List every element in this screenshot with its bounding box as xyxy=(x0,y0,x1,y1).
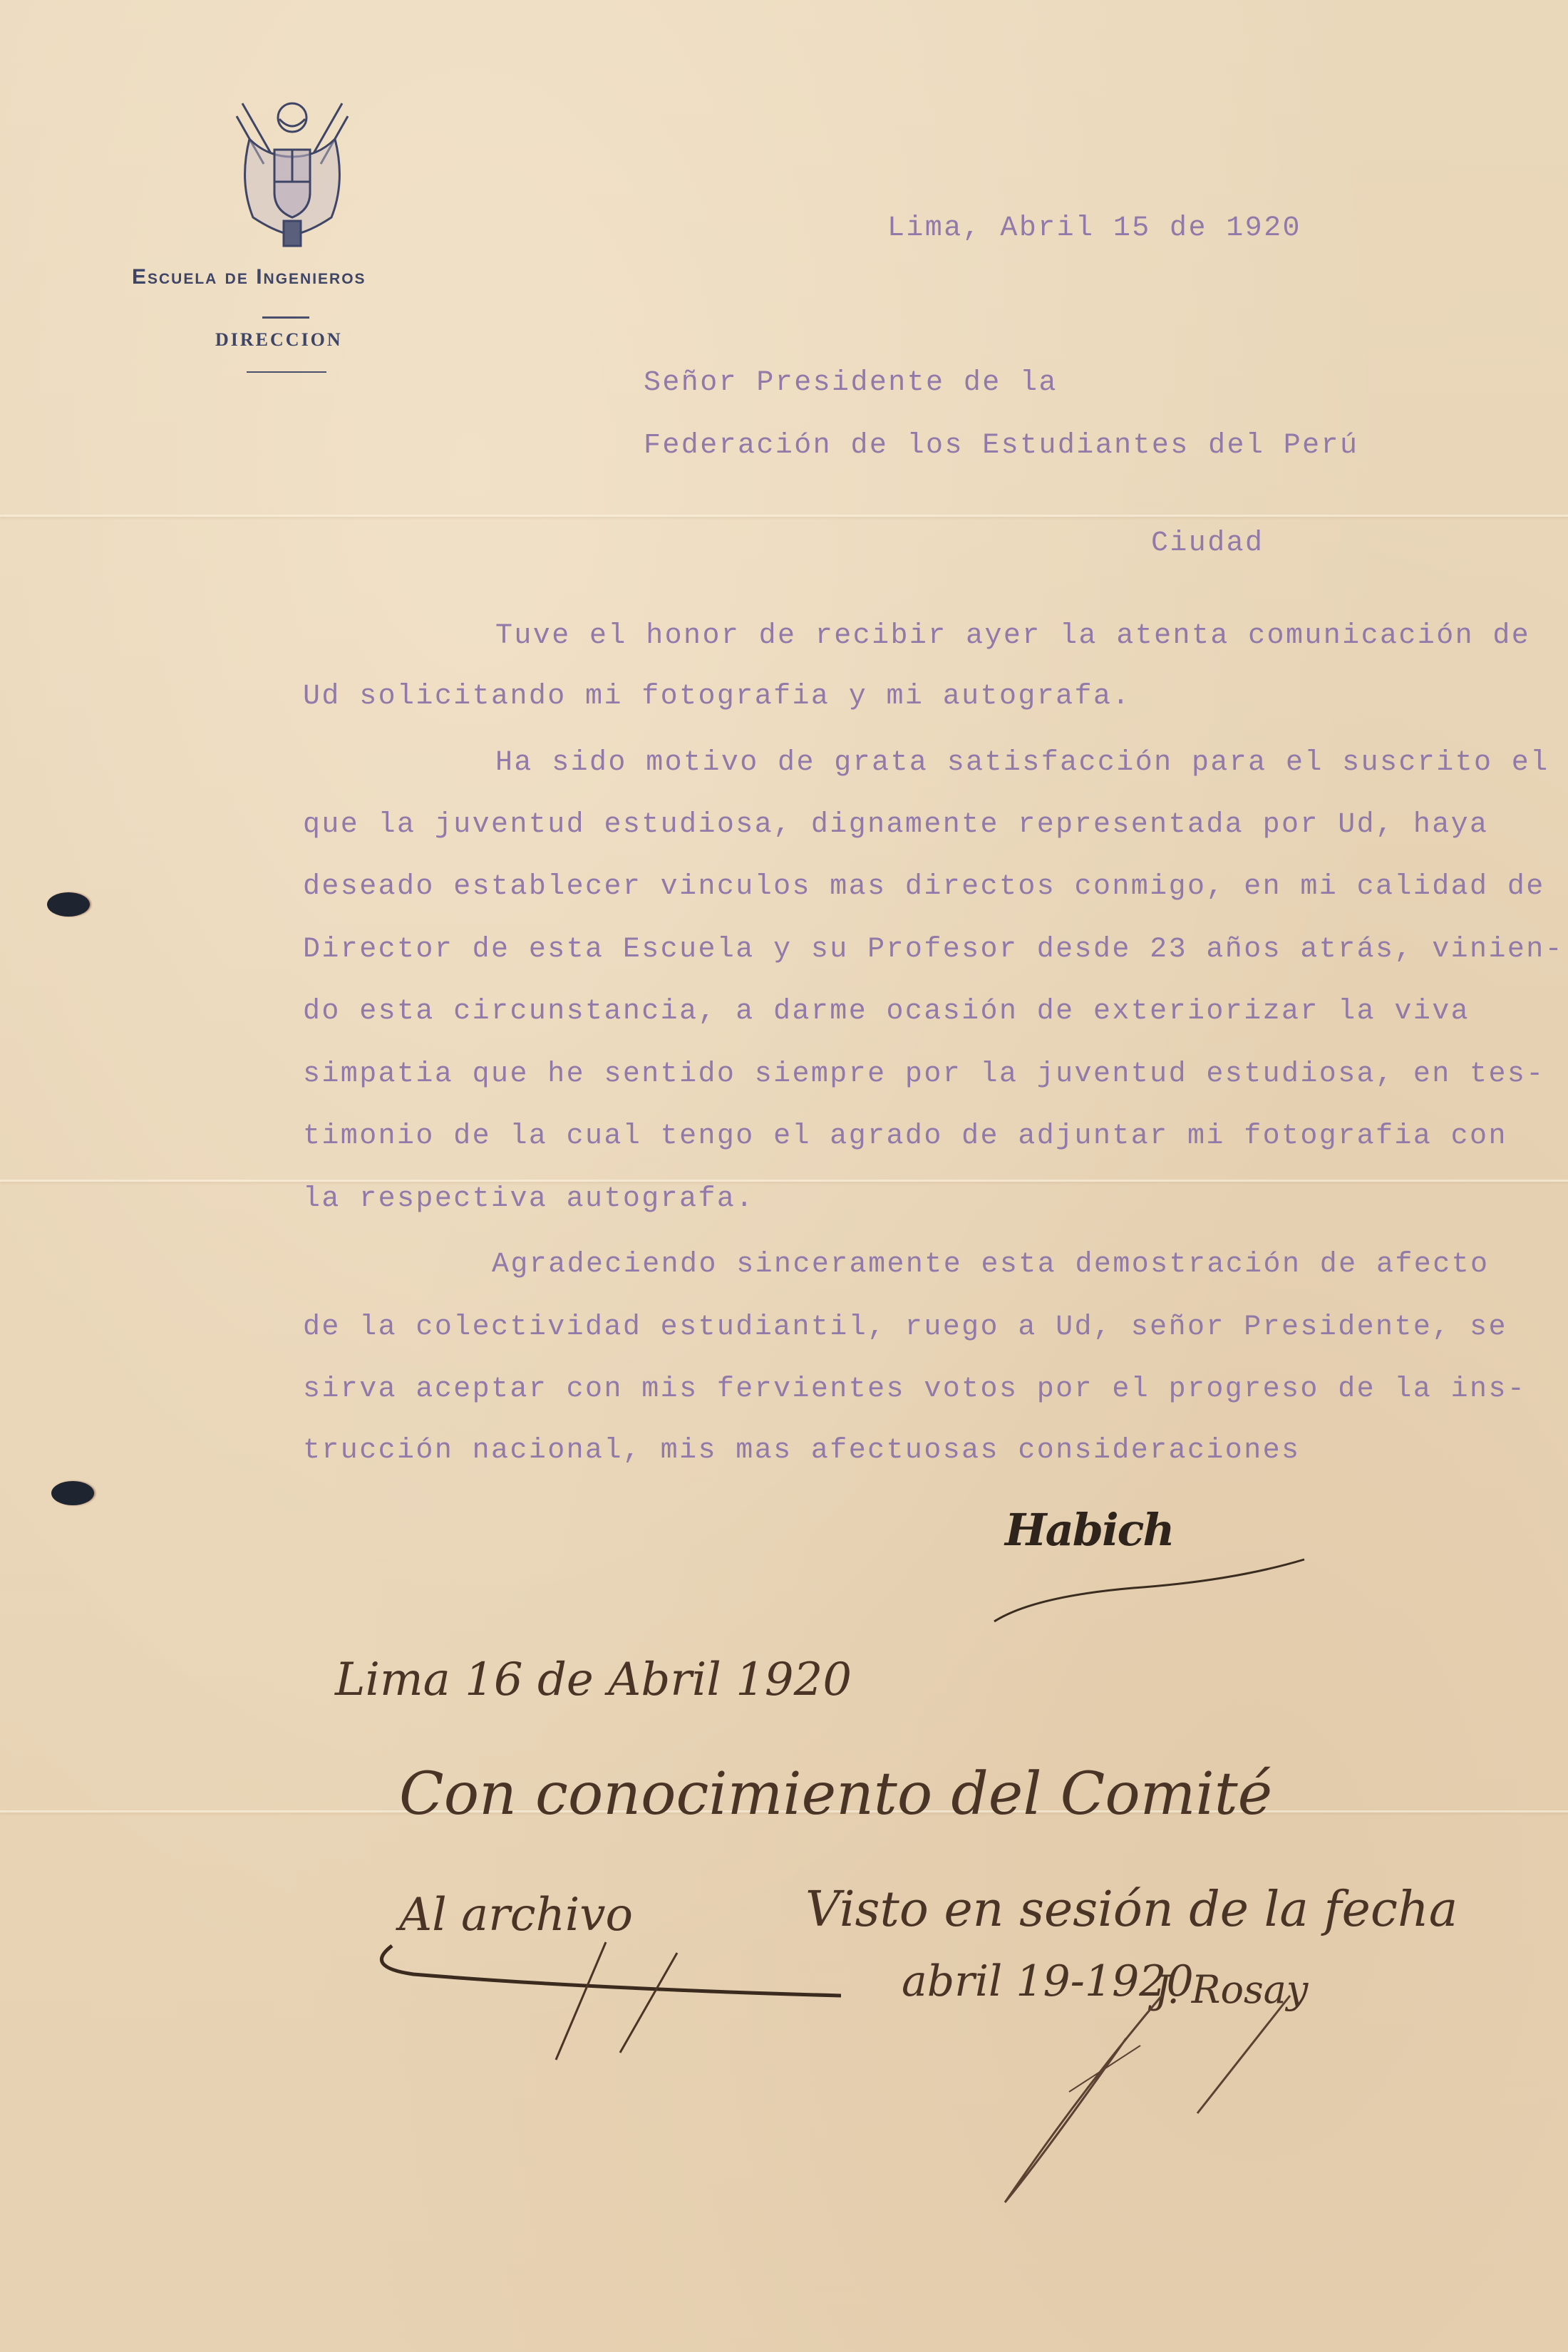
signature-flourish-icon xyxy=(991,1554,1319,1625)
body-line: trucción nacional, mis mas afectuosas co… xyxy=(303,1435,1300,1467)
addressee-line-2: Federación de los Estudiantes del Perú xyxy=(644,430,1358,462)
body-line: Tuve el honor de recibir ayer la atenta … xyxy=(495,620,1530,652)
body-line: que la juventud estudiosa, dignamente re… xyxy=(303,809,1488,841)
addressee-line-1: Señor Presidente de la xyxy=(644,367,1058,399)
body-line: la respectiva autografa. xyxy=(303,1183,755,1215)
handwritten-note-line-1: Con conocimiento del Comité xyxy=(399,1760,1272,1828)
punch-hole xyxy=(47,892,90,917)
punch-hole xyxy=(51,1481,94,1505)
initials-flourish-icon xyxy=(998,1981,1319,2224)
department-name: DIRECCION xyxy=(215,329,343,351)
fold-line xyxy=(0,515,1568,517)
handwritten-date: Lima 16 de Abril 1920 xyxy=(335,1654,852,1706)
body-line: de la colectividad estudiantil, ruego a … xyxy=(303,1311,1507,1343)
coat-of-arms-icon xyxy=(221,96,363,249)
signature-text: Habich xyxy=(1005,1504,1173,1556)
fold-line xyxy=(0,1180,1568,1182)
body-line: Ha sido motivo de grata satisfacción par… xyxy=(495,747,1549,779)
ornament-divider xyxy=(247,371,326,373)
body-line: deseado establecer vinculos mas directos… xyxy=(303,871,1545,903)
letter-date: Lima, Abril 15 de 1920 xyxy=(887,212,1301,244)
body-line: Director de esta Escuela y su Profesor d… xyxy=(303,934,1564,966)
body-line: simpatia que he sentido siempre por la j… xyxy=(303,1058,1545,1090)
body-line: sirva aceptar con mis fervientes votos p… xyxy=(303,1373,1526,1405)
divider xyxy=(262,316,309,319)
body-line: Agradeciendo sinceramente esta demostrac… xyxy=(492,1249,1489,1281)
body-line: timonio de la cual tengo el agrado de ad… xyxy=(303,1120,1507,1152)
body-line: Ud solicitando mi fotografia y mi autogr… xyxy=(303,681,1131,713)
archive-underline-flourish-icon xyxy=(371,1924,870,2067)
handwritten-seen-note: Visto en sesión de la fecha xyxy=(805,1882,1458,1938)
institution-name: Escuela de Ingenieros xyxy=(132,265,366,289)
addressee-city: Ciudad xyxy=(1151,527,1264,559)
body-line: do esta circunstancia, a darme ocasión d… xyxy=(303,996,1470,1028)
